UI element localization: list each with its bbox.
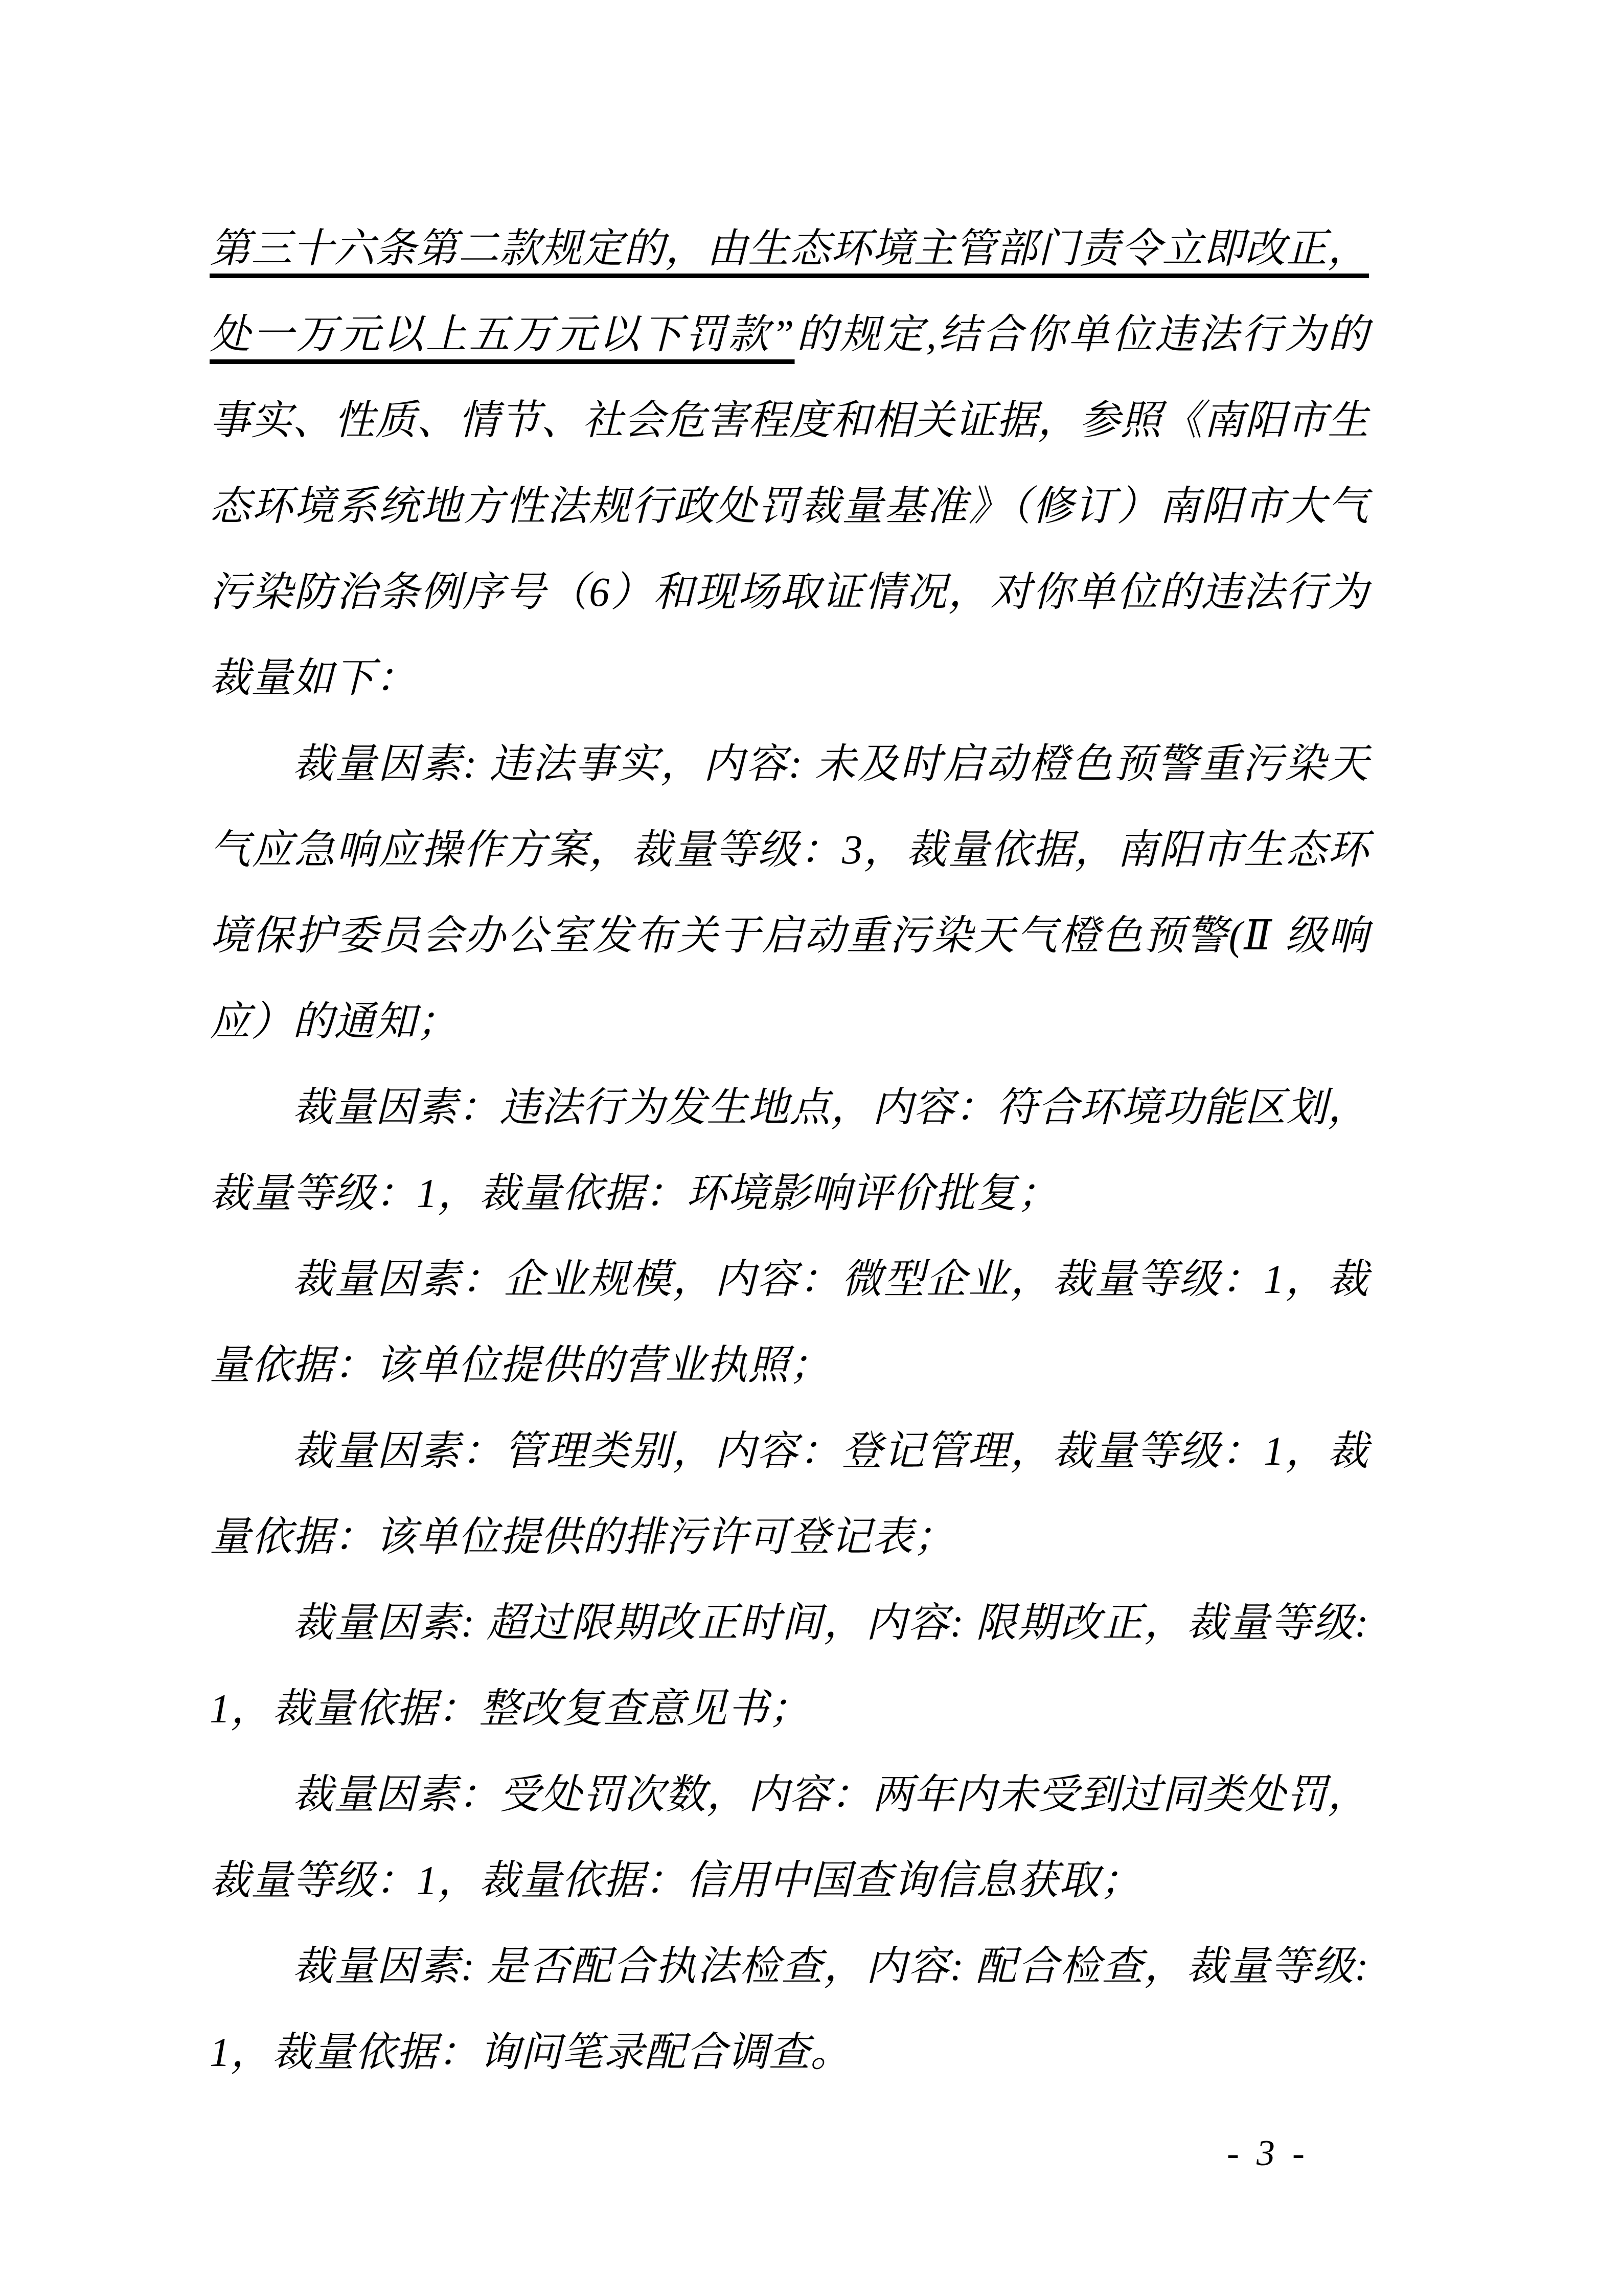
underlined-text: 第三十六条第二款规定的，由生态环境主管部门责令立即改正， (210, 226, 1369, 271)
text-line: 污染防治条例序号（6）和现场取证情况，对你单位的违法行为 (210, 550, 1369, 635)
body-text: 污染防治条例序号（6）和现场取证情况，对你单位的违法行为 (210, 570, 1369, 615)
body-text: 量依据：该单位提供的营业执照； (210, 1343, 831, 1388)
page-number: - 3 - (1227, 2132, 1380, 2174)
body-text: 1，裁量依据：询问笔录配合调查。 (210, 2030, 852, 2075)
text-line: 1，裁量依据：整改复查意见书； (210, 1666, 1369, 1752)
body-text: 裁量因素: 超过限期改正时间，内容: 限期改正，裁量等级: (292, 1601, 1369, 1646)
text-line: 裁量等级：1，裁量依据：环境影响评价批复； (210, 1151, 1369, 1237)
text-line: 气应急响应操作方案，裁量等级：3，裁量依据，南阳市生态环 (210, 807, 1369, 893)
body-text: 气应急响应操作方案，裁量等级：3，裁量依据，南阳市生态环 (210, 828, 1369, 873)
body-text: 裁量因素: 是否配合执法检查，内容: 配合检查，裁量等级: (292, 1944, 1369, 1989)
text-block: 第三十六条第二款规定的，由生态环境主管部门责令立即改正，处一万元以上五万元以下罚… (210, 206, 1369, 2096)
body-text: 境保护委员会办公室发布关于启动重污染天气橙色预警(Ⅱ 级响 (210, 914, 1369, 959)
text-line: 量依据：该单位提供的营业执照； (210, 1323, 1369, 1408)
text-line: 事实、性质、情节、社会危害程度和相关证据，参照《南阳市生 (210, 378, 1369, 464)
text-line: 量依据：该单位提供的排污许可登记表； (210, 1494, 1369, 1580)
text-line: 裁量等级：1，裁量依据：信用中国查询信息获取； (210, 1838, 1369, 1924)
body-text: 应）的通知； (210, 999, 458, 1044)
text-line: 态环境系统地方性法规行政处罚裁量基准》（修订）南阳市大气 (210, 464, 1369, 550)
body-text: 裁量等级：1，裁量依据：信用中国查询信息获取； (210, 1858, 1141, 1903)
text-line: 应）的通知； (210, 979, 1369, 1065)
text-line: 裁量因素：企业规模，内容：微型企业，裁量等级：1，裁 (210, 1237, 1369, 1323)
text-line: 裁量因素：违法行为发生地点，内容：符合环境功能区划， (210, 1065, 1369, 1151)
text-line: 裁量因素：受处罚次数，内容：两年内未受到过同类处罚， (210, 1752, 1369, 1838)
body-text: 量依据：该单位提供的排污许可登记表； (210, 1515, 955, 1560)
text-line: 裁量因素: 是否配合执法检查，内容: 配合检查，裁量等级: (210, 1924, 1369, 2010)
body-text: 态环境系统地方性法规行政处罚裁量基准》（修订）南阳市大气 (210, 484, 1369, 529)
text-line: 1，裁量依据：询问笔录配合调查。 (210, 2010, 1369, 2096)
text-line: 裁量如下： (210, 635, 1369, 721)
underlined-text: 处一万元以上五万元以下罚款” (210, 312, 794, 357)
body-text: 的规定,结合你单位违法行为的 (794, 312, 1369, 357)
body-text: 裁量如下： (210, 656, 417, 701)
text-line: 裁量因素：管理类别，内容：登记管理，裁量等级：1，裁 (210, 1408, 1369, 1494)
document-page: 第三十六条第二款规定的，由生态环境主管部门责令立即改正，处一万元以上五万元以下罚… (0, 0, 1622, 2296)
body-text: 裁量等级：1，裁量依据：环境影响评价批复； (210, 1171, 1059, 1216)
text-line: 境保护委员会办公室发布关于启动重污染天气橙色预警(Ⅱ 级响 (210, 893, 1369, 979)
text-line: 第三十六条第二款规定的，由生态环境主管部门责令立即改正， (210, 206, 1369, 292)
text-line: 裁量因素: 违法事实，内容: 未及时启动橙色预警重污染天 (210, 721, 1369, 807)
body-text: 裁量因素：企业规模，内容：微型企业，裁量等级：1，裁 (292, 1257, 1369, 1302)
body-text: 1，裁量依据：整改复查意见书； (210, 1687, 810, 1732)
body-text: 裁量因素：受处罚次数，内容：两年内未受到过同类处罚， (292, 1772, 1369, 1817)
body-text: 裁量因素: 违法事实，内容: 未及时启动橙色预警重污染天 (292, 742, 1369, 787)
body-text: 事实、性质、情节、社会危害程度和相关证据，参照《南阳市生 (210, 398, 1369, 443)
body-text: 裁量因素：违法行为发生地点，内容：符合环境功能区划， (292, 1085, 1369, 1130)
body-text: 裁量因素：管理类别，内容：登记管理，裁量等级：1，裁 (292, 1429, 1369, 1474)
text-line: 处一万元以上五万元以下罚款”的规定,结合你单位违法行为的 (210, 292, 1369, 378)
text-line: 裁量因素: 超过限期改正时间，内容: 限期改正，裁量等级: (210, 1580, 1369, 1666)
